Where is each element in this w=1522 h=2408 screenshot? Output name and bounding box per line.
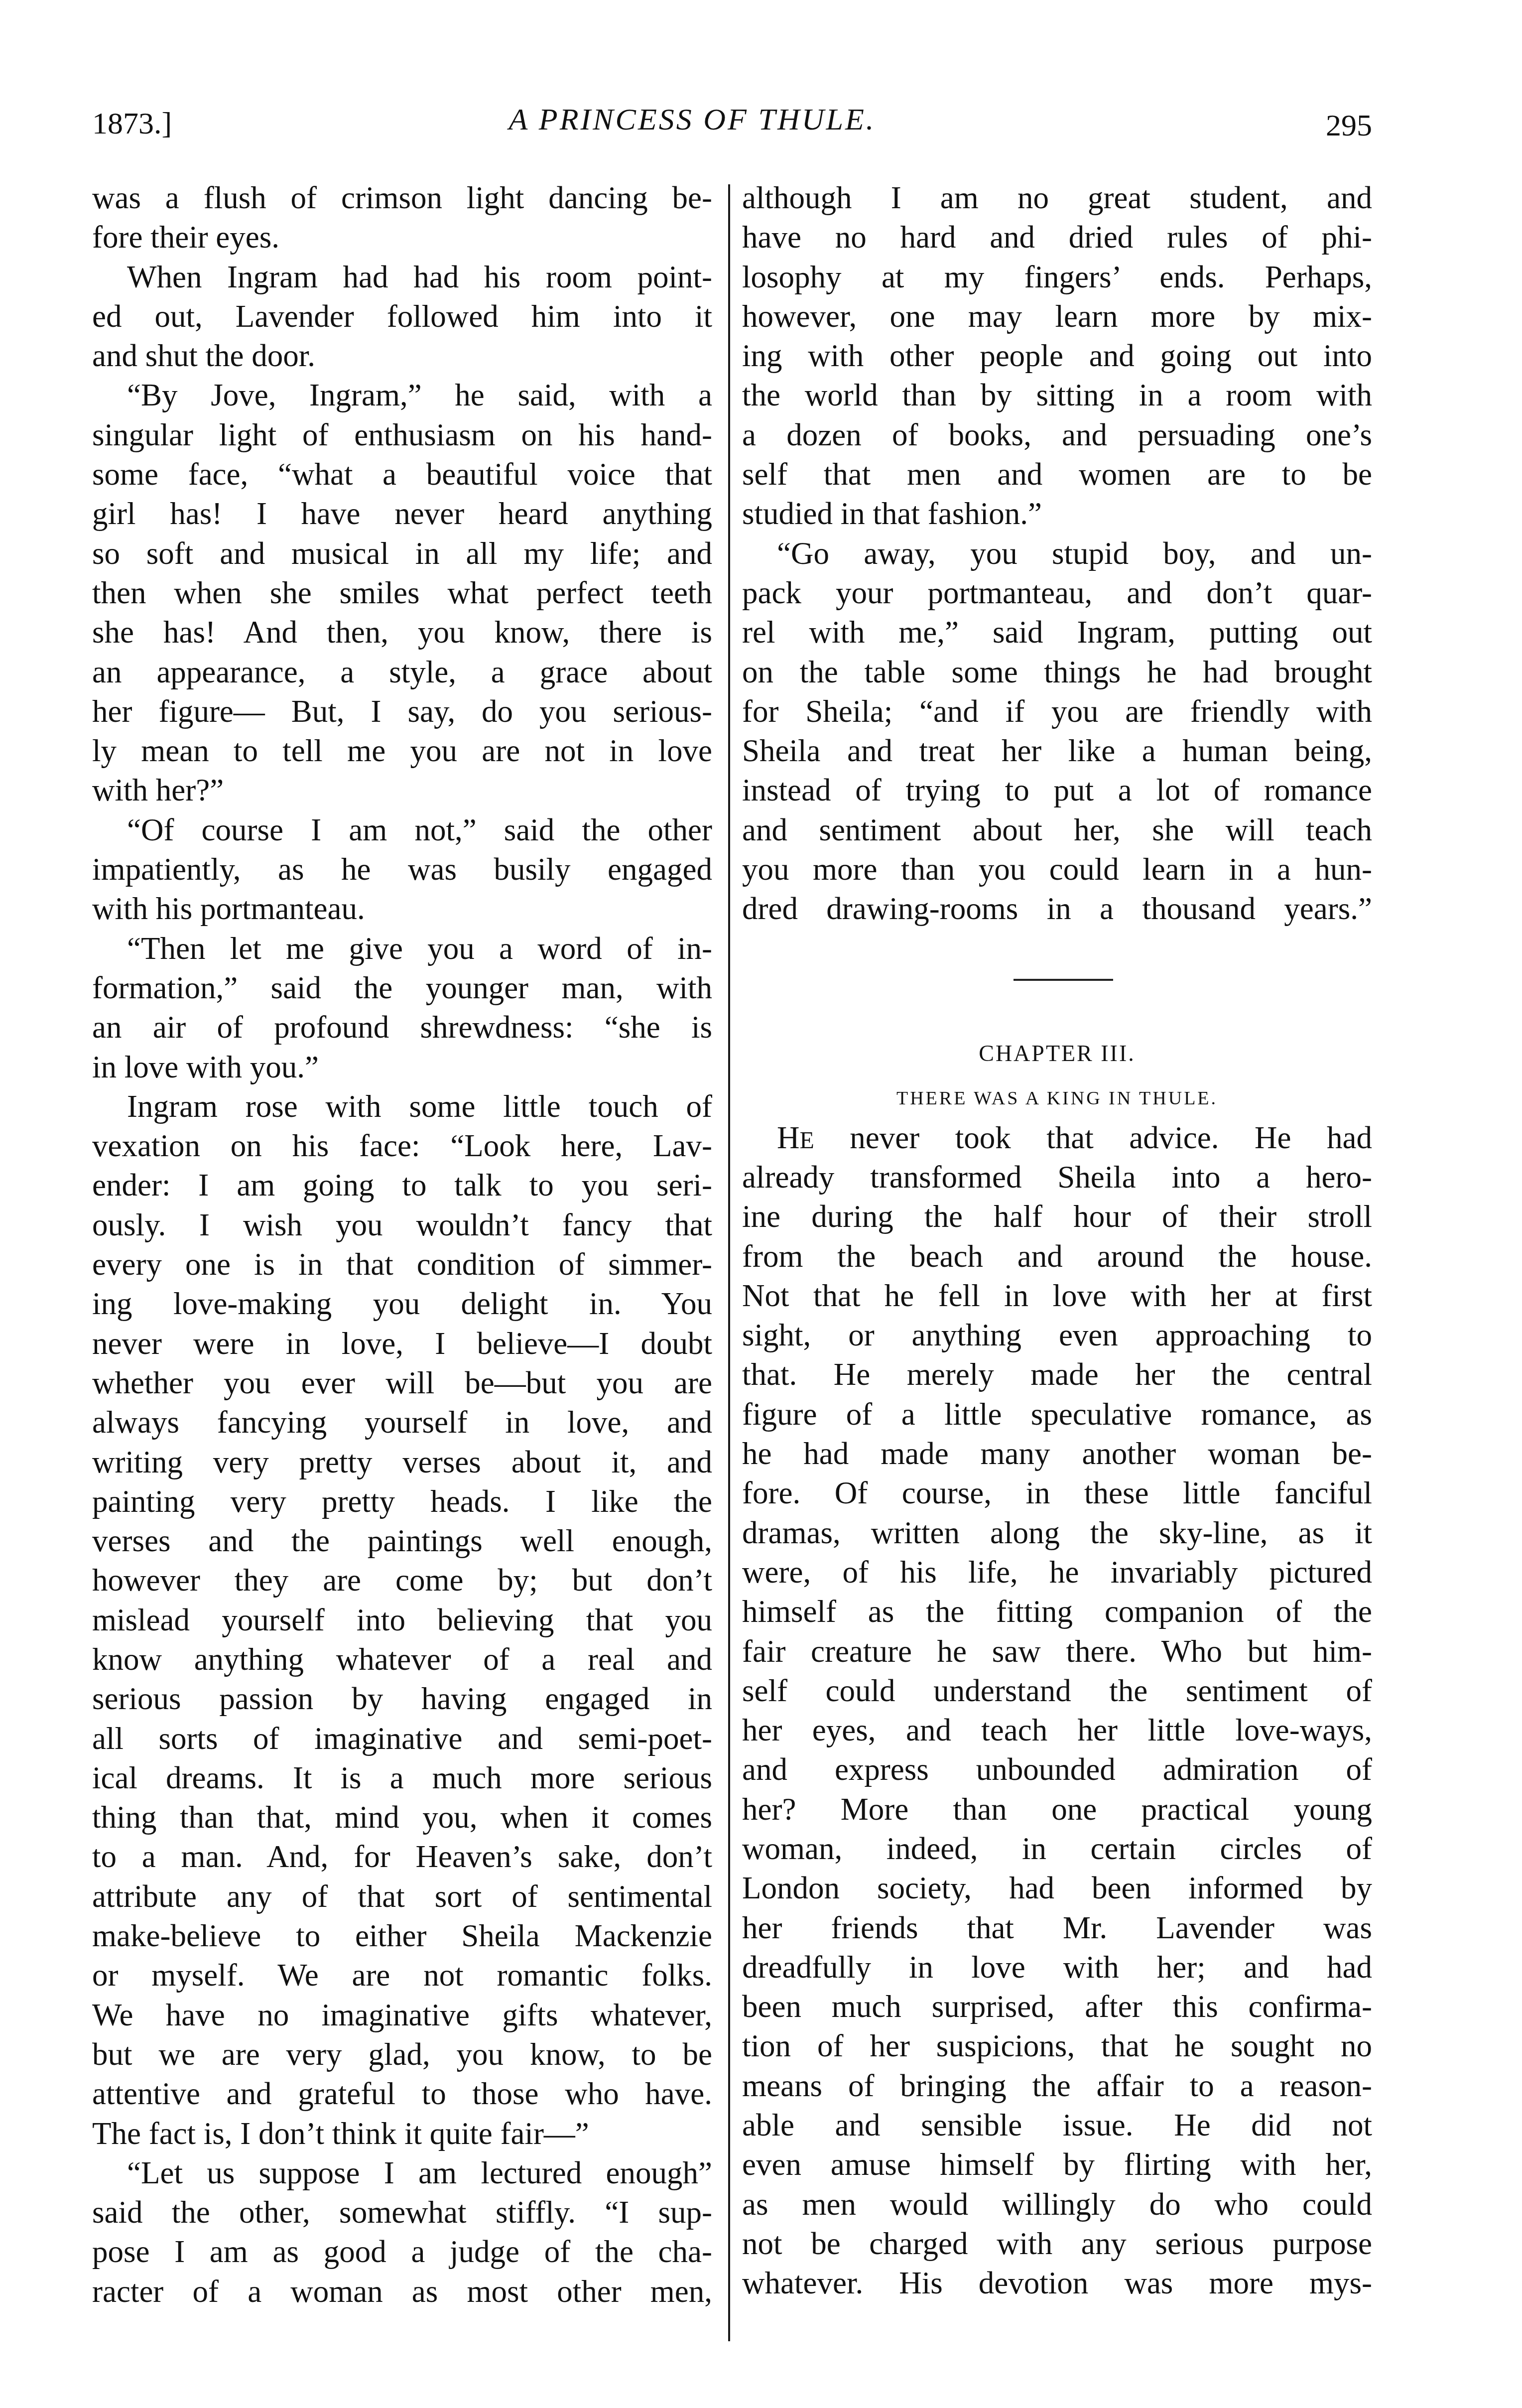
line-text: Ingram rose with some little touch of xyxy=(127,1087,712,1126)
line-text: attribute any of that sort of sentimenta… xyxy=(92,1877,712,1916)
text-line: from the beach and around the house. xyxy=(742,1237,1372,1276)
text-line: although I am no great student, and xyxy=(742,178,1372,218)
text-line: then when she smiles what perfect teeth xyxy=(92,573,712,613)
text-line: sight, or anything even approaching to xyxy=(742,1316,1372,1355)
line-text: that. He merely made her the central xyxy=(742,1355,1372,1394)
header-title-wrap: A PRINCESS OF THULE. xyxy=(92,102,1372,137)
line-text: dreadfully in love with her; and had xyxy=(742,1948,1372,1987)
text-line: London society, had been informed by xyxy=(742,1869,1372,1908)
text-line: mislead yourself into believing that you xyxy=(92,1601,712,1640)
column-divider xyxy=(728,184,730,2341)
line-text: studied in that fashion.” xyxy=(742,494,1372,534)
text-line: been much surprised, after this confirma… xyxy=(742,1987,1372,2026)
text-line: and shut the door. xyxy=(92,336,712,376)
line-text: writing very pretty verses about it, and xyxy=(92,1443,712,1482)
text-line: dreadfully in love with her; and had xyxy=(742,1948,1372,1987)
line-text: as men would willingly do who could xyxy=(742,2185,1372,2224)
text-line: losophy at my fingers’ ends. Perhaps, xyxy=(742,258,1372,297)
line-text: “Go away, you stupid boy, and un- xyxy=(777,534,1372,573)
line-text: however, one may learn more by mix- xyxy=(742,297,1372,336)
text-line: some face, “what a beautiful voice that xyxy=(92,455,712,494)
section-break xyxy=(742,929,1372,1009)
text-line: “Let us suppose I am lectured enough” xyxy=(92,2153,712,2193)
text-line: ed out, Lavender followed him into it xyxy=(92,297,712,336)
text-line: “By Jove, Ingram,” he said, with a xyxy=(92,376,712,415)
text-line: and express unbounded admiration of xyxy=(742,1750,1372,1789)
text-line: The fact is, I don’t think it quite fair… xyxy=(92,2114,712,2153)
right-column-text-after-chapter: already transformed Sheila into a hero-i… xyxy=(742,1158,1372,2303)
line-text: her eyes, and teach her little love-ways… xyxy=(742,1711,1372,1750)
line-text: every one is in that condition of simmer… xyxy=(92,1245,712,1284)
line-text: woman, indeed, in certain circles of xyxy=(742,1829,1372,1869)
text-line: and sentiment about her, she will teach xyxy=(742,810,1372,850)
text-line: ing love-making you delight in. You xyxy=(92,1284,712,1324)
line-text: so soft and musical in all my life; and xyxy=(92,534,712,573)
text-line: We have no imaginative gifts whatever, xyxy=(92,1996,712,2035)
line-text: thing than that, mind you, when it comes xyxy=(92,1798,712,1837)
line-text: tion of her suspicions, that he sought n… xyxy=(742,2026,1372,2066)
line-text: self could understand the sentiment of xyxy=(742,1671,1372,1711)
line-text: although I am no great student, and xyxy=(742,178,1372,218)
line-text: ical dreams. It is a much more serious xyxy=(92,1758,712,1798)
text-line: not be charged with any serious purpose xyxy=(742,2224,1372,2264)
text-line: as men would willingly do who could xyxy=(742,2185,1372,2224)
line-text: ed out, Lavender followed him into it xyxy=(92,297,712,336)
text-line: in love with you.” xyxy=(92,1048,712,1087)
text-line: she has! And then, you know, there is xyxy=(92,613,712,652)
text-line: the world than by sitting in a room with xyxy=(742,376,1372,415)
line-text: verses and the paintings well enough, xyxy=(92,1521,712,1561)
text-line: however, one may learn more by mix- xyxy=(742,297,1372,336)
text-line: always fancying yourself in love, and xyxy=(92,1403,712,1442)
text-line: never were in love, I believe—I doubt xyxy=(92,1324,712,1363)
chapter-number: CHAPTER III. xyxy=(742,1009,1372,1078)
line-text: the world than by sitting in a room with xyxy=(742,376,1372,415)
text-line: serious passion by having engaged in xyxy=(92,1679,712,1719)
text-line: fair creature he saw there. Who but him- xyxy=(742,1632,1372,1671)
line-text: whether you ever will be—but you are xyxy=(92,1363,712,1403)
line-text: painting very pretty heads. I like the xyxy=(92,1482,712,1521)
line-text: self that men and women are to be xyxy=(742,455,1372,494)
line-text: formation,” said the younger man, with xyxy=(92,968,712,1008)
line-text: ing love-making you delight in. You xyxy=(92,1284,712,1324)
text-line: or myself. We are not romantic folks. xyxy=(92,1956,712,1995)
line-text: figure of a little speculative romance, … xyxy=(742,1395,1372,1434)
text-line: all sorts of imaginative and semi-poet- xyxy=(92,1719,712,1758)
line-text: London society, had been informed by xyxy=(742,1869,1372,1908)
text-line: himself as the fitting companion of the xyxy=(742,1592,1372,1631)
section-rule xyxy=(1014,979,1113,981)
line-text: know anything whatever of a real and xyxy=(92,1640,712,1679)
text-line: that. He merely made her the central xyxy=(742,1355,1372,1394)
line-text: girl has! I have never heard anything xyxy=(92,494,712,534)
line-text: dramas, written along the sky-line, as i… xyxy=(742,1513,1372,1553)
line-text: however they are come by; but don’t xyxy=(92,1561,712,1600)
text-line: he had made many another woman be- xyxy=(742,1434,1372,1473)
page-number: 295 xyxy=(1326,108,1372,143)
line-text: and express unbounded admiration of xyxy=(742,1750,1372,1789)
text-line: woman, indeed, in certain circles of xyxy=(742,1829,1372,1869)
line-text: all sorts of imaginative and semi-poet- xyxy=(92,1719,712,1758)
running-head: 1873.] A PRINCESS OF THULE. 295 xyxy=(92,102,1372,147)
text-line: formation,” said the younger man, with xyxy=(92,968,712,1008)
line-text: and shut the door. xyxy=(92,336,712,376)
text-line: able and sensible issue. He did not xyxy=(742,2106,1372,2145)
text-line: verses and the paintings well enough, xyxy=(92,1521,712,1561)
line-text: “Let us suppose I am lectured enough” xyxy=(127,2153,712,2193)
text-line: studied in that fashion.” xyxy=(742,494,1372,534)
text-line: a dozen of books, and persuading one’s xyxy=(742,415,1372,455)
text-line: with his portmanteau. xyxy=(92,889,712,929)
line-text: have no hard and dried rules of phi- xyxy=(742,218,1372,257)
line-text: was a flush of crimson light dancing be- xyxy=(92,178,712,218)
text-line: ing with other people and going out into xyxy=(742,336,1372,376)
text-line: her friends that Mr. Lavender was xyxy=(742,1908,1372,1948)
line-text: mislead yourself into believing that you xyxy=(92,1601,712,1640)
line-text: her? More than one practical young xyxy=(742,1790,1372,1829)
header-title: A PRINCESS OF THULE. xyxy=(509,102,876,137)
line-text: sight, or anything even approaching to xyxy=(742,1316,1372,1355)
text-line: “Go away, you stupid boy, and un- xyxy=(742,534,1372,573)
line-text: make-believe to either Sheila Mackenzie xyxy=(92,1916,712,1956)
line-text: with his portmanteau. xyxy=(92,889,712,929)
line-text: even amuse himself by flirting with her, xyxy=(742,2145,1372,2184)
text-line: her? More than one practical young xyxy=(742,1790,1372,1829)
line-text: been much surprised, after this confirma… xyxy=(742,1987,1372,2026)
line-text: whatever. His devotion was more mys- xyxy=(742,2264,1372,2303)
line-text: from the beach and around the house. xyxy=(742,1237,1372,1276)
text-line: fore. Of course, in these little fancifu… xyxy=(742,1473,1372,1513)
line-text: instead of trying to put a lot of romanc… xyxy=(742,771,1372,810)
line-text: serious passion by having engaged in xyxy=(92,1679,712,1719)
text-line: ical dreams. It is a much more serious xyxy=(92,1758,712,1798)
line-text: The fact is, I don’t think it quite fair… xyxy=(92,2114,712,2153)
line-text: pose I am as good a judge of the cha- xyxy=(92,2232,712,2272)
text-line: was a flush of crimson light dancing be- xyxy=(92,178,712,218)
text-line: dramas, written along the sky-line, as i… xyxy=(742,1513,1372,1553)
text-line: with her?” xyxy=(92,771,712,810)
text-line: instead of trying to put a lot of romanc… xyxy=(742,771,1372,810)
line-text: means of bringing the affair to a reason… xyxy=(742,2066,1372,2106)
line-text: “Then let me give you a word of in- xyxy=(127,929,712,968)
text-line: whatever. His devotion was more mys- xyxy=(742,2264,1372,2303)
line-text: on the table some things he had brought xyxy=(742,653,1372,692)
line-text: or myself. We are not romantic folks. xyxy=(92,1956,712,1995)
text-line: on the table some things he had brought xyxy=(742,653,1372,692)
text-line: were, of his life, he invariably picture… xyxy=(742,1553,1372,1592)
text-line: writing very pretty verses about it, and xyxy=(92,1443,712,1482)
line-text: fore. Of course, in these little fancifu… xyxy=(742,1473,1372,1513)
line-text: said the other, somewhat stiffly. “I sup… xyxy=(92,2193,712,2232)
line-text: singular light of enthusiasm on his hand… xyxy=(92,415,712,455)
line-text: ly mean to tell me you are not in love xyxy=(92,731,712,771)
line-text: and sentiment about her, she will teach xyxy=(742,810,1372,850)
line-text: Sheila and treat her like a human being, xyxy=(742,731,1372,771)
text-line: attentive and grateful to those who have… xyxy=(92,2074,712,2114)
text-line: dred drawing-rooms in a thousand years.” xyxy=(742,889,1372,929)
text-line: have no hard and dried rules of phi- xyxy=(742,218,1372,257)
text-line: pack your portmanteau, and don’t quar- xyxy=(742,573,1372,613)
text-line: thing than that, mind you, when it comes xyxy=(92,1798,712,1837)
text-line: so soft and musical in all my life; and xyxy=(92,534,712,573)
line-text: able and sensible issue. He did not xyxy=(742,2106,1372,2145)
line-text: to a man. And, for Heaven’s sake, don’t xyxy=(92,1837,712,1876)
line-text: but we are very glad, you know, to be xyxy=(92,2035,712,2074)
text-line: for Sheila; “and if you are friendly wit… xyxy=(742,692,1372,731)
text-line: an appearance, a style, a grace about xyxy=(92,653,712,692)
text-line: When Ingram had had his room point- xyxy=(92,258,712,297)
line-text: fore their eyes. xyxy=(92,218,712,257)
text-line: make-believe to either Sheila Mackenzie xyxy=(92,1916,712,1956)
line-text: “Of course I am not,” said the other xyxy=(127,810,712,850)
line-text: an appearance, a style, a grace about xyxy=(92,653,712,692)
line-text: ine during the half hour of their stroll xyxy=(742,1197,1372,1236)
text-line: her eyes, and teach her little love-ways… xyxy=(742,1711,1372,1750)
chapter-opening-line: HE never took that advice. He had xyxy=(742,1118,1372,1158)
line-text: not be charged with any serious purpose xyxy=(742,2224,1372,2264)
line-text: an air of profound shrewdness: “she is xyxy=(92,1008,712,1047)
line-text: she has! And then, you know, there is xyxy=(92,613,712,652)
text-line: singular light of enthusiasm on his hand… xyxy=(92,415,712,455)
text-line: know anything whatever of a real and xyxy=(92,1640,712,1679)
text-line: figure of a little speculative romance, … xyxy=(742,1395,1372,1434)
text-line: ine during the half hour of their stroll xyxy=(742,1197,1372,1236)
text-line: Sheila and treat her like a human being, xyxy=(742,731,1372,771)
small-caps-rest: E xyxy=(800,1127,814,1154)
line-text: already transformed Sheila into a hero- xyxy=(742,1158,1372,1197)
line-text: with her?” xyxy=(92,771,712,810)
text-line: even amuse himself by flirting with her, xyxy=(742,2145,1372,2184)
text-line: “Then let me give you a word of in- xyxy=(92,929,712,968)
line-text: “By Jove, Ingram,” he said, with a xyxy=(127,376,712,415)
text-line: her figure— But, I say, do you serious- xyxy=(92,692,712,731)
text-line: you more than you could learn in a hun- xyxy=(742,850,1372,889)
text-line: racter of a woman as most other men, xyxy=(92,2272,712,2311)
line-text: attentive and grateful to those who have… xyxy=(92,2074,712,2114)
text-line: however they are come by; but don’t xyxy=(92,1561,712,1600)
text-line: pose I am as good a judge of the cha- xyxy=(92,2232,712,2272)
line-text: Not that he fell in love with her at fir… xyxy=(742,1276,1372,1316)
line-text: himself as the fitting companion of the xyxy=(742,1592,1372,1631)
text-line: “Of course I am not,” said the other xyxy=(92,810,712,850)
line-text: rel with me,” said Ingram, putting out xyxy=(742,613,1372,652)
text-line: Not that he fell in love with her at fir… xyxy=(742,1276,1372,1316)
text-line: to a man. And, for Heaven’s sake, don’t xyxy=(92,1837,712,1876)
line-text: vexation on his face: “Look here, Lav- xyxy=(92,1126,712,1166)
line-text: ously. I wish you wouldn’t fancy that xyxy=(92,1205,712,1245)
line-text: a dozen of books, and persuading one’s xyxy=(742,415,1372,455)
line-text: you more than you could learn in a hun- xyxy=(742,850,1372,889)
text-line: an air of profound shrewdness: “she is xyxy=(92,1008,712,1047)
text-line: but we are very glad, you know, to be xyxy=(92,2035,712,2074)
text-line: already transformed Sheila into a hero- xyxy=(742,1158,1372,1197)
line-text: losophy at my fingers’ ends. Perhaps, xyxy=(742,258,1372,297)
text-line: self that men and women are to be xyxy=(742,455,1372,494)
text-line: self could understand the sentiment of xyxy=(742,1671,1372,1711)
text-line: Ingram rose with some little touch of xyxy=(92,1087,712,1126)
line-text: impatiently, as he was busily engaged xyxy=(92,850,712,889)
text-line: ly mean to tell me you are not in love xyxy=(92,731,712,771)
text-line: impatiently, as he was busily engaged xyxy=(92,850,712,889)
right-column: although I am no great student, andhave … xyxy=(742,178,1372,2303)
text-line: fore their eyes. xyxy=(92,218,712,257)
drop-initial: H xyxy=(777,1120,800,1155)
line-text: in love with you.” xyxy=(92,1048,712,1087)
text-line: vexation on his face: “Look here, Lav- xyxy=(92,1126,712,1166)
left-column: was a flush of crimson light dancing be-… xyxy=(92,178,712,2311)
text-line: means of bringing the affair to a reason… xyxy=(742,2066,1372,2106)
text-line: said the other, somewhat stiffly. “I sup… xyxy=(92,2193,712,2232)
line-text: then when she smiles what perfect teeth xyxy=(92,573,712,613)
line-text: for Sheila; “and if you are friendly wit… xyxy=(742,692,1372,731)
line-text: her figure— But, I say, do you serious- xyxy=(92,692,712,731)
line-text: were, of his life, he invariably picture… xyxy=(742,1553,1372,1592)
line-text: fair creature he saw there. Who but him- xyxy=(742,1632,1372,1671)
line-text: her friends that Mr. Lavender was xyxy=(742,1908,1372,1948)
line-text: some face, “what a beautiful voice that xyxy=(92,455,712,494)
line-text: never were in love, I believe—I doubt xyxy=(92,1324,712,1363)
text-line: ender: I am going to talk to you seri- xyxy=(92,1166,712,1205)
line-text: dred drawing-rooms in a thousand years.” xyxy=(742,889,1372,929)
line-text: racter of a woman as most other men, xyxy=(92,2272,712,2311)
text-line: whether you ever will be—but you are xyxy=(92,1363,712,1403)
line-text: always fancying yourself in love, and xyxy=(92,1403,712,1442)
line-text: pack your portmanteau, and don’t quar- xyxy=(742,573,1372,613)
opening-line-text: never took that advice. He had xyxy=(814,1120,1372,1155)
line-text: he had made many another woman be- xyxy=(742,1434,1372,1473)
line-text: We have no imaginative gifts whatever, xyxy=(92,1996,712,2035)
line-text: ender: I am going to talk to you seri- xyxy=(92,1166,712,1205)
line-text: When Ingram had had his room point- xyxy=(127,258,712,297)
text-line: rel with me,” said Ingram, putting out xyxy=(742,613,1372,652)
right-column-text-before-chapter: although I am no great student, andhave … xyxy=(742,178,1372,929)
text-line: ously. I wish you wouldn’t fancy that xyxy=(92,1205,712,1245)
line-text: ing with other people and going out into xyxy=(742,336,1372,376)
text-line: tion of her suspicions, that he sought n… xyxy=(742,2026,1372,2066)
text-line: girl has! I have never heard anything xyxy=(92,494,712,534)
text-line: every one is in that condition of simmer… xyxy=(92,1245,712,1284)
text-line: attribute any of that sort of sentimenta… xyxy=(92,1877,712,1916)
chapter-subtitle: THERE WAS A KING IN THULE. xyxy=(742,1078,1372,1118)
book-page: 1873.] A PRINCESS OF THULE. 295 was a fl… xyxy=(0,0,1522,2408)
text-line: painting very pretty heads. I like the xyxy=(92,1482,712,1521)
